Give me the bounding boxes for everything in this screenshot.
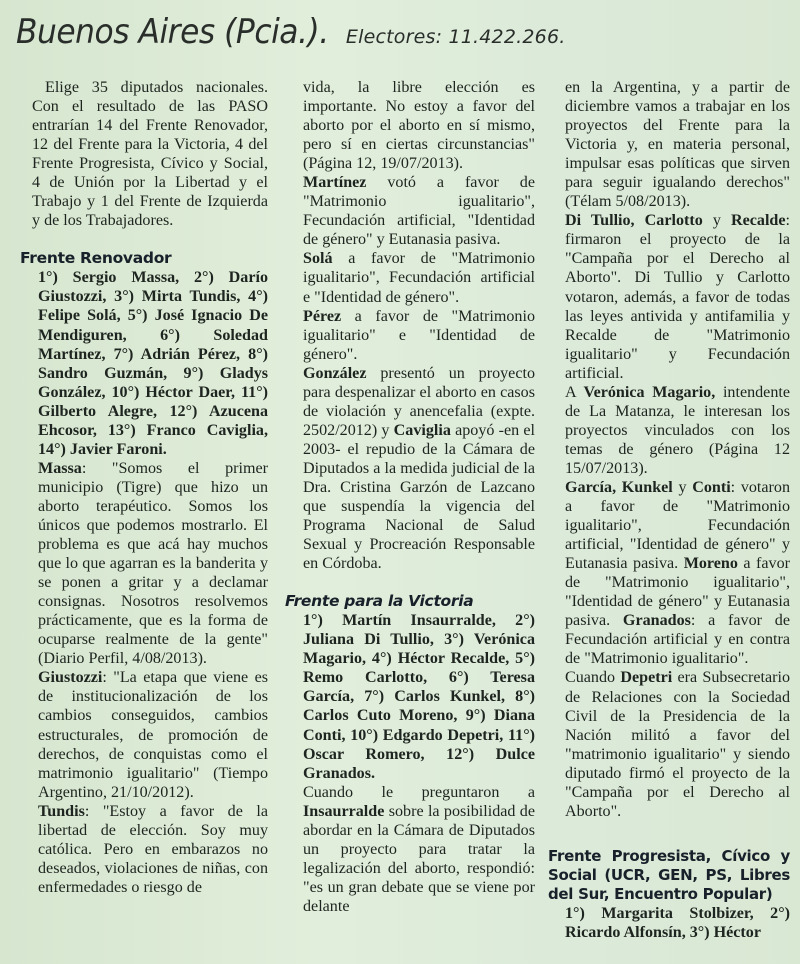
speaker-name: Giustozzi <box>38 669 102 686</box>
record-garcia-kunkel-conti: García, Kunkel y Conti: votaron a favor … <box>565 478 790 668</box>
column-3: en la Argentina, y a partir de diciembre… <box>565 78 790 942</box>
section-title-frente-renovador: Frente Renovador <box>20 249 268 268</box>
quote-massa: Massa: "Somos el primer municipio (Tigre… <box>20 459 268 669</box>
intro-paragraph: Elige 35 diputados nacionales. Con el re… <box>20 78 268 230</box>
speaker-name: González <box>303 365 366 382</box>
quote-tundis-continued: vida, la libre elección es importante. N… <box>285 78 535 173</box>
page-header: Buenos Aires (Pcia.). Electores: 11.422.… <box>16 12 565 56</box>
speaker-name: Martínez <box>303 174 366 191</box>
electorate-count: Electores: 11.422.266. <box>346 26 566 48</box>
section-title-frente-para-la-victoria: Frente para la Victoria <box>285 592 535 611</box>
record-depetri: Cuando Depetri era Subsecretario de Rela… <box>565 668 790 820</box>
speaker-name: Caviglia <box>394 422 451 439</box>
column-1: Elige 35 diputados nacionales. Con el re… <box>20 78 268 897</box>
newspaper-page: Buenos Aires (Pcia.). Electores: 11.422.… <box>0 0 800 964</box>
speaker-name: Massa <box>38 460 82 477</box>
column-2: vida, la libre elección es importante. N… <box>285 78 535 916</box>
record-ditullio-carlotto-recalde: Di Tullio, Carlotto y Recalde: firmaron … <box>565 211 790 382</box>
candidate-list-frente-renovador: 1°) Sergio Massa, 2°) Darío Giustozzi, 3… <box>20 268 268 458</box>
record-gonzalez-caviglia: González presentó un proyecto para despe… <box>285 364 535 574</box>
province-title: Buenos Aires (Pcia.). <box>16 12 329 52</box>
candidate-list-frente-progresista: 1°) Margarita Stolbizer, 2°) Ricardo Alf… <box>565 904 790 942</box>
quote-insaurralde: Cuando le preguntaron a Insaurralde sobr… <box>285 783 535 916</box>
section-title-frente-progresista: Frente Progresista, Cívico y Social (UCR… <box>548 847 790 904</box>
record-martinez: Martínez votó a favor de "Matrimonio igu… <box>285 173 535 363</box>
speaker-name: Solá <box>303 250 333 267</box>
quote-tundis: Tundis: "Estoy a favor de la libertad de… <box>20 802 268 897</box>
quote-insaurralde-continued: en la Argentina, y a partir de diciembre… <box>565 78 790 211</box>
record-magario: A Verónica Magario, intendente de La Mat… <box>565 383 790 478</box>
candidate-list-frente-para-la-victoria: 1°) Martín Insaurralde, 2°) Juliana Di T… <box>285 611 535 782</box>
quote-giustozzi: Giustozzi: "La etapa que viene es de ins… <box>20 668 268 801</box>
speaker-name: Pérez <box>303 308 341 325</box>
speaker-name: Insaurralde <box>303 803 384 820</box>
speaker-name: Tundis <box>38 803 85 820</box>
